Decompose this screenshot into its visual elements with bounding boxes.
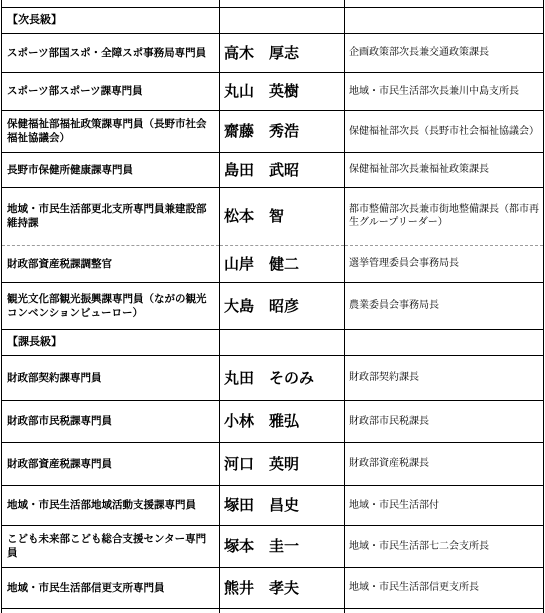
personnel-row: 財政部資産税課調整官 山岸 健二 選挙管理委員会事務局長 — [2, 245, 544, 282]
name-cell — [220, 608, 345, 613]
name-cell: 山岸 健二 — [220, 245, 345, 282]
section-header-row: 【次長級】 — [2, 7, 544, 33]
previous-position-cell: 財政部資産税課長 — [345, 442, 544, 485]
name-cell: 齋藤 秀浩 — [220, 110, 345, 152]
new-position-cell: 財政部資産税課調整官 — [2, 245, 220, 282]
previous-position-cell: 財政部市民税課長 — [345, 400, 544, 442]
personnel-row: 財政部契約課専門員 丸田 そのみ 財政部契約課長 — [2, 355, 544, 400]
personnel-row: 地域・市民生活部更北支所専門員兼建設部 維持課 松本 智 都市整備部次長兼市街地… — [2, 187, 544, 245]
name-cell: 塚田 昌史 — [220, 485, 345, 525]
personnel-row: こども未来部こども総合支援センター専門 員 塚本 圭一 地域・市民生活部七二会支… — [2, 525, 544, 567]
new-position-cell: 財政部市民税課専門員 — [2, 400, 220, 442]
previous-position-cell — [345, 7, 544, 33]
name-cell: 大島 昭彦 — [220, 282, 345, 329]
name-cell — [220, 329, 345, 355]
section-heading: 【課長級】 — [2, 329, 220, 355]
previous-position-cell: 財政部契約課長 — [345, 355, 544, 400]
previous-position-cell — [345, 608, 544, 613]
previous-position-cell: 地域・市民生活部七二会支所長 — [345, 525, 544, 567]
name-cell: 松本 智 — [220, 187, 345, 245]
name-cell: 島田 武昭 — [220, 152, 345, 187]
name-cell — [220, 7, 345, 33]
new-position-cell: 保健福祉部福祉政策課専門員（長野市社会 福祉協議会） — [2, 110, 220, 152]
personnel-row: 地域・市民生活部地域活動支援課専門員 塚田 昌史 地域・市民生活部付 — [2, 485, 544, 525]
new-position-cell: 観光文化部観光振興課専門員（ながの観光 コンベンションビューロー） — [2, 282, 220, 329]
name-cell: 丸田 そのみ — [220, 355, 345, 400]
new-position-cell: 長野市保健所健康課専門員 — [2, 152, 220, 187]
new-position-cell — [2, 608, 220, 613]
previous-position-cell: 選挙管理委員会事務局長 — [345, 245, 544, 282]
new-position-cell: 地域・市民生活部更北支所専門員兼建設部 維持課 — [2, 187, 220, 245]
previous-position-cell: 農業委員会事務局長 — [345, 282, 544, 329]
new-position-cell — [2, 0, 220, 7]
previous-position-cell: 地域・市民生活部付 — [345, 485, 544, 525]
personnel-row: 長野市保健所健康課専門員 島田 武昭 保健福祉部次長兼福祉政策課長 — [2, 152, 544, 187]
name-cell — [220, 0, 345, 7]
name-cell: 高木 厚志 — [220, 33, 345, 72]
section-header-row: 【課長級】 — [2, 329, 544, 355]
partial-row-top — [2, 0, 544, 7]
previous-position-cell: 地域・市民生活部次長兼川中島支所長 — [345, 72, 544, 110]
new-position-cell: 地域・市民生活部地域活動支援課専門員 — [2, 485, 220, 525]
previous-position-cell: 保健福祉部次長（長野市社会福祉協議会） — [345, 110, 544, 152]
previous-position-cell — [345, 329, 544, 355]
personnel-row: 観光文化部観光振興課専門員（ながの観光 コンベンションビューロー） 大島 昭彦 … — [2, 282, 544, 329]
personnel-row: 財政部市民税課専門員 小林 雅弘 財政部市民税課長 — [2, 400, 544, 442]
new-position-cell: スポーツ部スポーツ課専門員 — [2, 72, 220, 110]
section-heading: 【次長級】 — [2, 7, 220, 33]
name-cell: 塚本 圭一 — [220, 525, 345, 567]
new-position-cell: スポーツ部国スポ・全障スポ事務局専門員 — [2, 33, 220, 72]
personnel-row: 保健福祉部福祉政策課専門員（長野市社会 福祉協議会） 齋藤 秀浩 保健福祉部次長… — [2, 110, 544, 152]
personnel-table: 【次長級】 スポーツ部国スポ・全障スポ事務局専門員 高木 厚志 企画政策部次長兼… — [1, 0, 544, 613]
new-position-cell: 財政部契約課専門員 — [2, 355, 220, 400]
name-cell: 丸山 英樹 — [220, 72, 345, 110]
name-cell: 熊井 孝夫 — [220, 567, 345, 608]
name-cell: 小林 雅弘 — [220, 400, 345, 442]
previous-position-cell: 都市整備部次長兼市街地整備課長（都市再 生グループリーダー） — [345, 187, 544, 245]
personnel-row: 財政部資産税課専門員 河口 英明 財政部資産税課長 — [2, 442, 544, 485]
personnel-row: スポーツ部スポーツ課専門員 丸山 英樹 地域・市民生活部次長兼川中島支所長 — [2, 72, 544, 110]
personnel-row: 地域・市民生活部信更支所専門員 熊井 孝夫 地域・市民生活部信更支所長 — [2, 567, 544, 608]
name-cell: 河口 英明 — [220, 442, 345, 485]
personnel-row: スポーツ部国スポ・全障スポ事務局専門員 高木 厚志 企画政策部次長兼交通政策課長 — [2, 33, 544, 72]
new-position-cell: こども未来部こども総合支援センター専門 員 — [2, 525, 220, 567]
new-position-cell: 財政部資産税課専門員 — [2, 442, 220, 485]
previous-position-cell: 保健福祉部次長兼福祉政策課長 — [345, 152, 544, 187]
previous-position-cell: 企画政策部次長兼交通政策課長 — [345, 33, 544, 72]
partial-row-bottom — [2, 608, 544, 613]
previous-position-cell — [345, 0, 544, 7]
new-position-cell: 地域・市民生活部信更支所専門員 — [2, 567, 220, 608]
previous-position-cell: 地域・市民生活部信更支所長 — [345, 567, 544, 608]
